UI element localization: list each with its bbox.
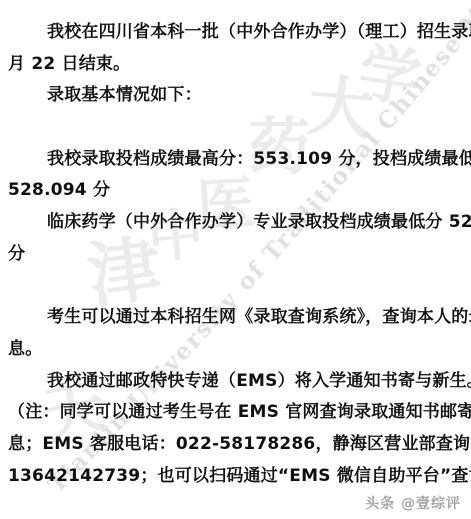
blank-line: [0, 271, 471, 303]
text-line: 分: [0, 239, 471, 271]
text-line: 息。: [0, 334, 471, 366]
text-line: 我校录取投档成绩最高分：553.109 分，投档成绩最低分：: [0, 144, 471, 176]
text-line: 我校在四川省本科一批（中外合作办学）（理工）招生录取于 7: [0, 17, 471, 49]
text-line: 我校通过邮政特快专递（EMS）将入学通知书寄与新生。: [0, 366, 471, 398]
document-page: 天津中医药大学 Tianjin University of Traditiona…: [0, 0, 471, 519]
text-line: 月 22 日结束。: [0, 49, 471, 81]
text-line: 临床药学（中外合作办学）专业录取投档成绩最低分 528.094: [0, 207, 471, 239]
text-line: （注：同学可以通过考生号在 EMS 官网查询录取通知书邮寄信: [0, 397, 471, 429]
text-line: 录取基本情况如下：: [0, 80, 471, 112]
blank-line: [0, 112, 471, 144]
notice-body: 我校在四川省本科一批（中外合作办学）（理工）招生录取于 7月 22 日结束。录取…: [0, 0, 471, 519]
text-line: 528.094 分: [0, 175, 471, 207]
text-line: 13642142739；也可以扫码通过“EMS 微信自助平台”查询邮件）: [0, 461, 471, 493]
toutiao-author-watermark: 头条 @壹综评: [365, 493, 461, 513]
text-line: 考生可以通过本科招生网《录取查询系统》，查询本人的录取信: [0, 302, 471, 334]
text-line: 息；EMS 客服电话：022-58178286，静海区营业部查询电话：: [0, 429, 471, 461]
